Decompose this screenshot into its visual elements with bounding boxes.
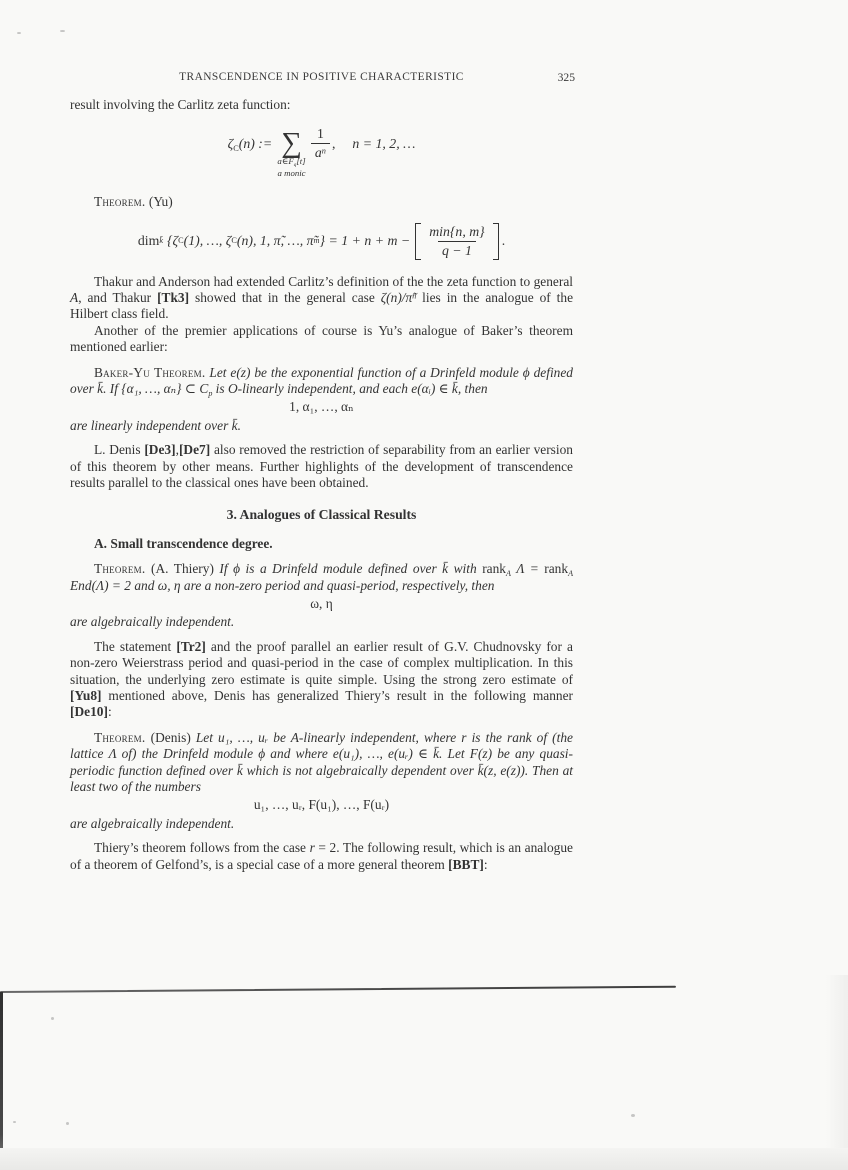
limit-text: a∈F (277, 156, 293, 166)
denominator: q − 1 (438, 241, 476, 260)
section-heading: 3. Analogues of Classical Results (70, 507, 573, 523)
numerator: 1 (313, 125, 328, 143)
citation-ref: [De3] (144, 442, 175, 457)
scan-speck (13, 1121, 16, 1123)
text-run: : (484, 857, 488, 872)
theorem-yu-heading: Theorem. (Yu) (70, 194, 573, 210)
formula-segment: {ζ (167, 233, 178, 249)
paragraph-final: Thiery’s theorem follows from the case r… (70, 840, 573, 873)
paragraph-premier: Another of the premier applications of c… (70, 323, 573, 356)
denis-conclusion: are algebraically independent. (70, 816, 573, 832)
formula-segment: (n), 1, π̃, …, π̃ (237, 233, 314, 249)
paragraph-denis-removed: L. Denis [De3],[De7] also removed the re… (70, 442, 573, 491)
den-exponent: n (322, 147, 326, 156)
formula-segment: (1), …, ζ (184, 233, 232, 249)
theorem-label: Theorem. (94, 194, 146, 209)
text-run: : (108, 704, 112, 719)
thiery-theorem: Theorem. (A. Thiery) If ϕ is a Drinfeld … (70, 561, 573, 594)
citation-ref: [De10] (70, 704, 108, 719)
baker-yu-theorem: Baker-Yu Theorem. Let e(z) be the expone… (70, 365, 573, 398)
sum-symbol: ∑ (281, 129, 302, 158)
scan-bottom-strip (0, 1148, 848, 1170)
citation-ref: [De7] (179, 442, 210, 457)
limit-text2: [t] (296, 156, 305, 166)
running-title: TRANSCENDENCE IN POSITIVE CHARACTERISTIC (70, 71, 573, 83)
theorem-body: If ϕ is a Drinfeld module defined over k… (219, 561, 482, 576)
subsection-heading: A. Small transcendence degree. (70, 536, 573, 552)
baker-yu-display: 1, α₁, …, αₙ (70, 399, 573, 415)
theorem-body: is O-linearly independent, and each e(αᵢ… (212, 381, 487, 396)
baker-yu-conclusion: are linearly independent over k̄. (70, 418, 573, 434)
den-base: a (315, 145, 322, 160)
running-header: TRANSCENDENCE IN POSITIVE CHARACTERISTIC… (70, 71, 573, 83)
page-edge-horizontal-line (0, 986, 676, 994)
zeta-lhs: ζC(n) := (228, 136, 273, 152)
citation-ref: [BBT] (448, 857, 484, 872)
intro-line: result involving the Carlitz zeta functi… (70, 97, 573, 113)
theorem-label: Theorem. (94, 730, 146, 745)
rank-operator: rank (482, 561, 506, 576)
text-run: Thakur and Anderson had extended Carlitz… (94, 274, 573, 289)
scanned-page: TRANSCENDENCE IN POSITIVE CHARACTERISTIC… (0, 0, 848, 1170)
equation-row: dimk̄{ζC(1), …, ζC(n), 1, π̃, …, π̃m} = … (138, 223, 505, 260)
math-expression: ζ(n)/π̃ (381, 290, 412, 305)
thiery-display: ω, η (70, 596, 573, 612)
zeta-lhs-rest: (n) := (239, 136, 272, 151)
citation-ref: [Yu8] (70, 688, 102, 703)
paragraph-thakur: Thakur and Anderson had extended Carlitz… (70, 274, 573, 323)
period: . (502, 233, 505, 249)
page-edge-vertical-line (0, 992, 3, 1170)
text-run: Thiery’s theorem follows from the case (94, 840, 310, 855)
denominator: an (311, 143, 330, 162)
citation-ref: [Tk3] (157, 290, 189, 305)
scan-speck (66, 1122, 69, 1125)
carlitz-zeta-formula: ζC(n) := ∑ a∈Fq[t] a monic 1an,n = 1, 2,… (70, 125, 573, 162)
text-run: The statement (94, 639, 176, 654)
rank-subscript: A (568, 569, 573, 578)
paragraph-statement: The statement [Tr2] and the proof parall… (70, 639, 573, 721)
formula-segment: } = 1 + n + m − (320, 233, 411, 249)
scan-speck (51, 1017, 54, 1020)
text-run: showed that in the general case (189, 290, 381, 305)
fraction: min{n, m}q − 1 (425, 223, 489, 260)
denis-display: u₁, …, uᵣ, F(u₁), …, F(uᵣ) (70, 797, 573, 813)
denis-theorem: Theorem. (Denis) Let u₁, …, uᵣ be A-line… (70, 730, 573, 796)
n-range: n = 1, 2, … (352, 136, 415, 152)
fraction: 1an (311, 125, 330, 162)
theorem-body: Λ = (511, 561, 544, 576)
summation: ∑ a∈Fq[t] a monic (281, 129, 302, 158)
scan-speck (60, 30, 65, 32)
sum-limit-domain: a∈Fq[t] (277, 156, 305, 167)
theorem-label: Theorem. (94, 561, 146, 576)
theorem-attribution: (Yu) (146, 194, 173, 209)
citation-ref: [Tr2] (176, 639, 206, 654)
yu-dimension-formula: dimk̄{ζC(1), …, ζC(n), 1, π̃, …, π̃m} = … (70, 223, 573, 260)
page-number: 325 (558, 71, 575, 84)
scan-right-shadow (826, 975, 848, 1170)
sum-limits: a∈Fq[t] a monic (277, 156, 305, 179)
left-bracket (415, 223, 421, 260)
thiery-conclusion: are algebraically independent. (70, 614, 573, 630)
theorem-label: Baker-Yu Theorem. (94, 365, 206, 380)
comma: , (332, 136, 335, 152)
rank-operator: rank (544, 561, 568, 576)
scan-speck (631, 1114, 635, 1117)
theorem-attribution: (A. Thiery) (146, 561, 220, 576)
theorem-body: End(Λ) = 2 and ω, η are a non-zero perio… (70, 578, 494, 593)
theorem-attribution: (Denis) (146, 730, 196, 745)
text-run: , and Thakur (78, 290, 157, 305)
numerator: min{n, m} (425, 223, 489, 241)
equation-row: ζC(n) := ∑ a∈Fq[t] a monic 1an,n = 1, 2,… (228, 125, 416, 162)
text-column: result involving the Carlitz zeta functi… (70, 97, 573, 873)
right-bracket (493, 223, 499, 260)
text-run: L. Denis (94, 442, 144, 457)
dim-operator: dim (138, 233, 159, 249)
math-var: A (70, 290, 78, 305)
text-run: mentioned above, Denis has generalized T… (102, 688, 573, 703)
scan-speck (17, 32, 21, 34)
sum-limit-monic: a monic (277, 168, 305, 179)
